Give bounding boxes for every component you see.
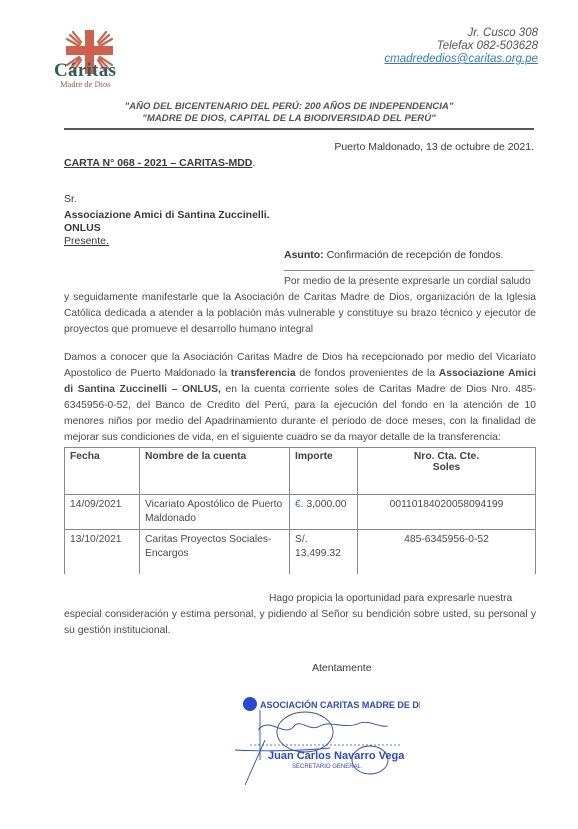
salutation: Sr. (64, 193, 77, 205)
logo-subtitle: Madre de Dios (60, 79, 111, 89)
currency: S/. (295, 534, 308, 545)
header-cuenta-line1: Nro. Cta. Cte. (414, 451, 479, 462)
motto-line-1: "AÑO DEL BICENTENARIO DEL PERÚ: 200 AÑOS… (0, 101, 578, 112)
text: de fondos provenientes de la (296, 368, 439, 379)
header-fecha: Fecha (65, 448, 140, 495)
signature-stamp: ASOCIACIÓN CARITAS MADRE DE DIOS Juan Ca… (230, 690, 420, 790)
closing: Atentamente (312, 662, 372, 674)
address: Jr. Cusco 308 (467, 27, 538, 39)
letter-reference: CARTA N° 068 - 2021 – CARITAS-MDD. (64, 157, 255, 169)
recipient: Associazione Amici di Santina Zuccinelli… (64, 209, 270, 221)
subject-label: Asunto: (284, 249, 324, 261)
telefax: Telefax 082-503628 (437, 40, 538, 52)
motto-line-2: "MADRE DE DIOS, CAPITAL DE LA BIODIVERSI… (0, 113, 578, 124)
presente: Presente. (64, 235, 109, 247)
signer-title: SECRETARIO GENERAL (292, 764, 362, 770)
header-cuenta-line2: Soles (433, 462, 460, 473)
paragraph-greeting-rest: y seguidamente manifestarle que la Asoci… (64, 292, 536, 335)
transfer-table: Fecha Nombre de la cuenta Importe Nro. C… (64, 447, 536, 574)
paragraph-greeting-first-line: Por medio de la presente expresarle un c… (64, 274, 536, 290)
cell-cuenta: 00110184020058094199 (358, 495, 536, 530)
cell-importe: S/. 13,499.32 (290, 530, 358, 575)
cell-fecha: 14/09/2021 (65, 495, 140, 530)
currency: €. (295, 499, 304, 510)
table-header-row: Fecha Nombre de la cuenta Importe Nro. C… (65, 448, 536, 495)
cell-fecha: 13/10/2021 (65, 530, 140, 575)
subject-divider (284, 270, 534, 271)
email-link[interactable]: cmadrededios@caritas.org.pe (384, 53, 538, 65)
recipient-line-2: ONLUS (64, 222, 101, 234)
cell-cuenta: 485-6345956-0-52 (358, 530, 536, 575)
paragraph-closing-first-line: Hago propicia la oportunidad para expres… (64, 591, 536, 607)
reference-suffix: . (252, 157, 255, 169)
bold-text: transferencia (231, 368, 296, 379)
table-row: 14/09/2021 Vicariato Apostólico de Puert… (65, 495, 536, 530)
paragraph-closing-rest: especial consideración y estima personal… (64, 609, 536, 636)
reference-number: CARTA N° 068 - 2021 – CARITAS-MDD (64, 157, 252, 169)
paragraph-closing: Hago propicia la oportunidad para expres… (64, 591, 536, 639)
subject: Asunto: Confirmación de recepción de fon… (284, 249, 503, 261)
paragraph-greeting: Por medio de la presente expresarle un c… (64, 274, 536, 338)
letter-date: Puerto Maldonado, 13 de octubre de 2021. (334, 141, 534, 153)
cell-nombre: Vicariato Apostólico de Puerto Maldonado (140, 495, 290, 530)
stamp-emblem-icon (243, 697, 257, 711)
header-cuenta: Nro. Cta. Cte.Soles (358, 448, 536, 495)
paragraph-transfer: Damos a conocer que la Asociación Carita… (64, 350, 536, 446)
signer-name: Juan Carlos Navarro Vega (268, 750, 405, 762)
cell-nombre: Caritas Proyectos Sociales-Encargos (140, 530, 290, 575)
table-row: 13/10/2021 Caritas Proyectos Sociales-En… (65, 530, 536, 575)
subject-text: Confirmación de recepción de fondos. (324, 249, 504, 261)
header-divider (64, 128, 534, 130)
amount: 3,000.00 (304, 499, 347, 510)
cell-importe: €. 3,000.00 (290, 495, 358, 530)
header-importe: Importe (290, 448, 358, 495)
amount: 13,499.32 (295, 548, 341, 559)
stamp-org: ASOCIACIÓN CARITAS MADRE DE DIOS (260, 699, 420, 710)
header-nombre: Nombre de la cuenta (140, 448, 290, 495)
